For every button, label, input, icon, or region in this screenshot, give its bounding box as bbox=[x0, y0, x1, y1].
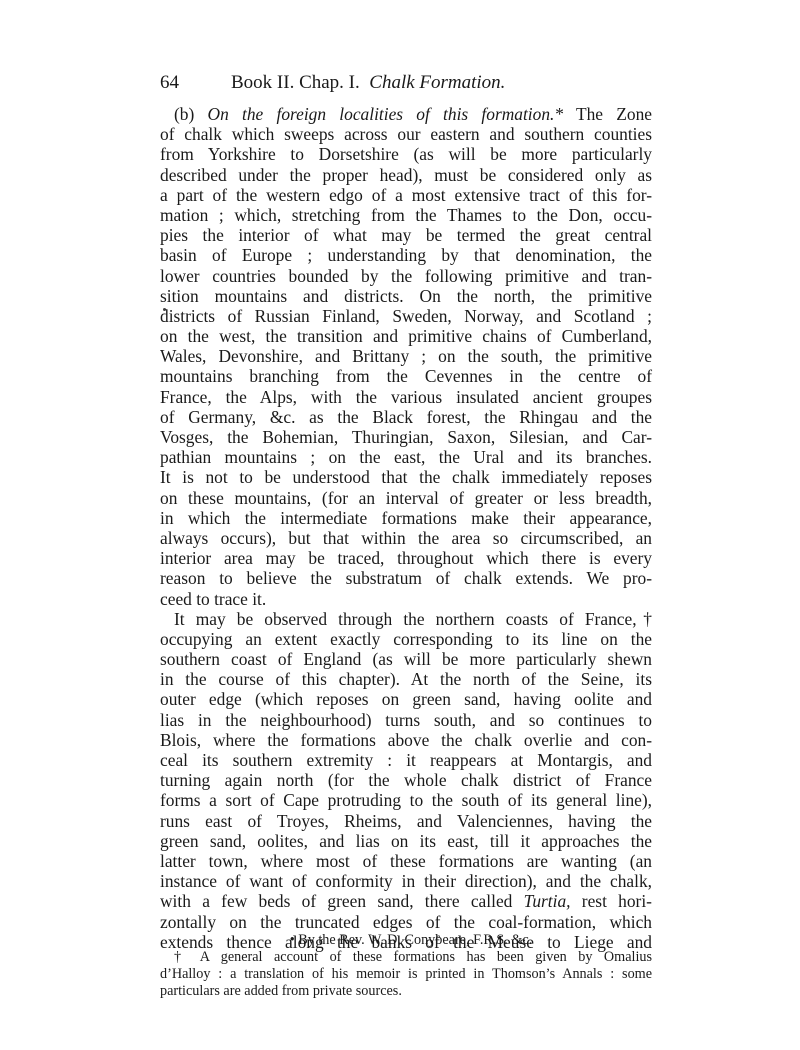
running-head-title: Chalk Formation. bbox=[369, 72, 505, 93]
body-text: (b) On the foreign localities of this fo… bbox=[170, 104, 652, 952]
text-line: interior area may be traced, throughout … bbox=[160, 548, 652, 568]
text-line: on these mountains, (for an interval of … bbox=[160, 488, 652, 508]
text-line: Blois, where the formations above the ch… bbox=[160, 730, 652, 750]
running-head-chapter: Book II. Chap. I. bbox=[231, 72, 360, 93]
text-line: It is not to be understood that the chal… bbox=[160, 467, 652, 487]
text-line: lias in the neighbourhood) turns south, … bbox=[160, 710, 652, 730]
text-line: France, the Alps, with the various insul… bbox=[160, 387, 652, 407]
text-line: with a few beds of green sand, there cal… bbox=[160, 891, 652, 911]
text-line: in which the intermediate formations mak… bbox=[160, 508, 652, 528]
text-line: pathian mountains ; on the east, the Ura… bbox=[160, 447, 652, 467]
footnote-2-line: d’Halloy : a translation of his memoir i… bbox=[160, 966, 652, 983]
text-line: ceed to trace it. bbox=[160, 589, 652, 609]
text-line: forms a sort of Cape protruding to the s… bbox=[160, 790, 652, 810]
text-line: of Germany, &c. as the Black forest, the… bbox=[160, 407, 652, 427]
text-line: latter town, where most of these formati… bbox=[160, 851, 652, 871]
text-line: a part of the western edgo of a most ext… bbox=[160, 185, 652, 205]
text-line: occupying an extent exactly correspondin… bbox=[160, 629, 652, 649]
text-line: on the west, the transition and primitiv… bbox=[160, 326, 652, 346]
text-line: lower countries bounded by the following… bbox=[160, 266, 652, 286]
text-line: Wales, Devonshire, and Brittany ; on the… bbox=[160, 346, 652, 366]
paragraph-start: It may be observed through the northern … bbox=[170, 609, 652, 629]
text-line: turning again north (for the whole chalk… bbox=[160, 770, 652, 790]
italic-term: Turtia, bbox=[524, 891, 571, 911]
text-line: in the course of this chapter). At the n… bbox=[160, 669, 652, 689]
text-line: Vosges, the Bohemian, Thuringian, Saxon,… bbox=[160, 427, 652, 447]
text-line: ceal its southern extremity : it reappea… bbox=[160, 750, 652, 770]
book-page: 64 Book II. Chap. I. Chalk Formation. (b… bbox=[0, 0, 800, 1050]
text-line: green sand, oolites, and lias on its eas… bbox=[160, 831, 652, 851]
text-line: described under the proper head), must b… bbox=[160, 165, 652, 185]
section-heading: On the foreign localities of this format… bbox=[208, 104, 564, 124]
page-header: 64 Book II. Chap. I. Chalk Formation. bbox=[160, 72, 652, 96]
footnotes: • By the Rev. W. D. Conybeare, F.R.S. &c… bbox=[170, 932, 652, 1000]
footnote-2-line: particulars are added from private sourc… bbox=[160, 983, 652, 1000]
text-line: runs east of Troyes, Rheims, and Valenci… bbox=[160, 811, 652, 831]
text-line: outer edge (which reposes on green sand,… bbox=[160, 689, 652, 709]
footnote-1: • By the Rev. W. D. Conybeare, F.R.S. &c… bbox=[170, 932, 652, 949]
running-head: Book II. Chap. I. Chalk Formation. bbox=[231, 72, 505, 94]
text-line: reason to believe the substratum of chal… bbox=[160, 568, 652, 588]
text-line: from Yorkshire to Dorsetshire (as will b… bbox=[160, 144, 652, 164]
text-line: basin of Europe ; understanding by that … bbox=[160, 245, 652, 265]
text-line: mountains branching from the Cevennes in… bbox=[160, 366, 652, 386]
text-line: (b) On the foreign localities of this fo… bbox=[170, 104, 652, 124]
text-line: zontally on the truncated edges of the c… bbox=[160, 912, 652, 932]
text-line: districts of Russian Finland, Sweden, No… bbox=[160, 306, 652, 326]
page-number: 64 bbox=[160, 72, 179, 94]
text-line: southern coast of England (as will be mo… bbox=[160, 649, 652, 669]
text-line: instance of want of conformity in their … bbox=[160, 871, 652, 891]
footnote-2-line: † A general account of these formations … bbox=[170, 949, 652, 966]
text-line: mation ; which, stretching from the Tham… bbox=[160, 205, 652, 225]
text-line: always occurs), but that within the area… bbox=[160, 528, 652, 548]
text-line: pies the interior of what may be termed … bbox=[160, 225, 652, 245]
text-line: of chalk which sweeps across our eastern… bbox=[160, 124, 652, 144]
text-line: sition mountains and districts. On the n… bbox=[160, 286, 652, 306]
